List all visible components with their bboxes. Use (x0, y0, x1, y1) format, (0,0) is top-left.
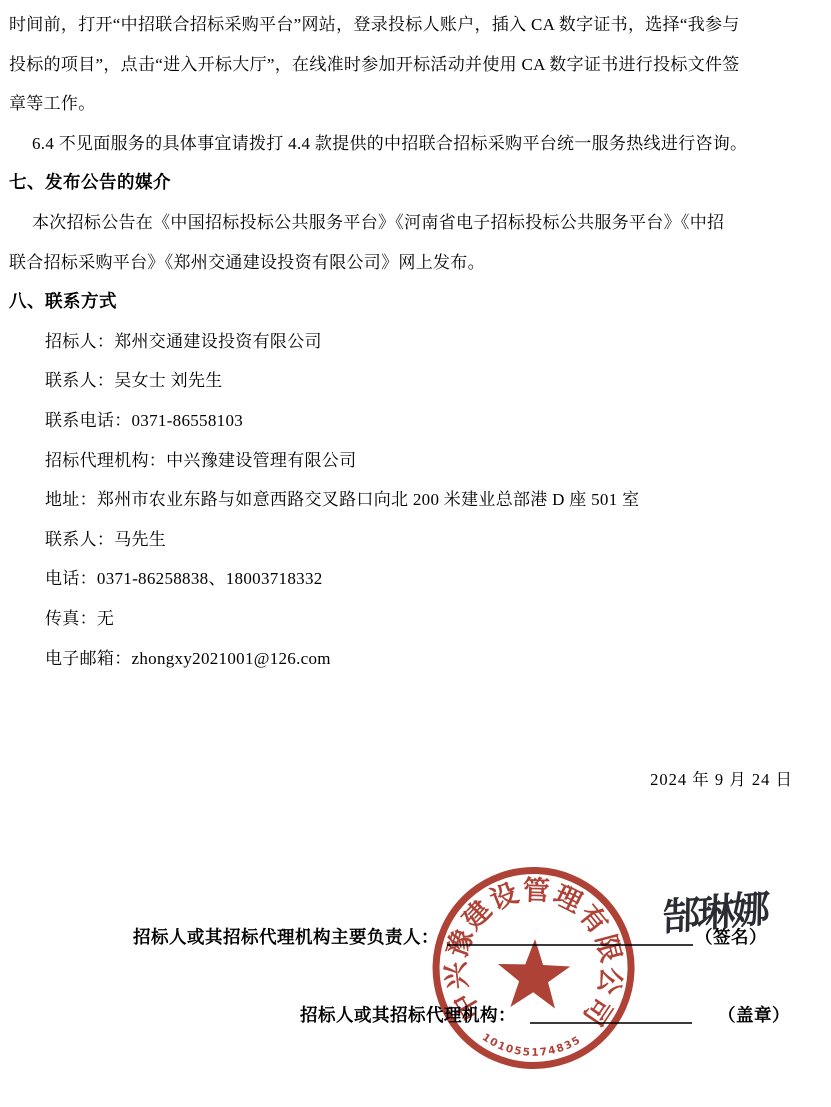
official-stamp-svg: 中兴豫建设管理有限公司 101055174835 (425, 861, 641, 1077)
contact-agency: 招标代理机构：中兴豫建设管理有限公司 (9, 441, 817, 481)
svg-text:5: 5 (513, 1045, 522, 1058)
contact-person-2: 联系人：马先生 (9, 520, 817, 560)
contact-phone-1: 联系电话：0371-86558103 (9, 401, 817, 441)
svg-text:公: 公 (593, 965, 627, 997)
contact-phone-2: 电话：0371-86258838、18003718332 (9, 559, 817, 599)
svg-text:限: 限 (590, 931, 626, 965)
contact-address: 地址：郑州市农业东路与如意西路交叉路口向北 200 米建业总部港 D 座 501… (9, 480, 817, 520)
contact-person-1: 联系人：吴女士 刘先生 (9, 361, 817, 401)
document-body: 时间前，打开“中招联合招标采购平台”网站，登录投标人账户，插入 CA 数字证书，… (9, 5, 817, 678)
section-heading-contact: 八、联系方式 (9, 282, 817, 322)
svg-text:5: 5 (522, 1046, 530, 1059)
contact-tenderer: 招标人：郑州交通建设投资有限公司 (9, 322, 817, 362)
svg-text:管: 管 (522, 874, 550, 906)
document-page: 时间前，打开“中招联合招标采购平台”网站，登录投标人账户，插入 CA 数字证书，… (0, 0, 831, 1107)
svg-text:兴: 兴 (440, 960, 473, 991)
document-line: 本次招标公告在《中国招标投标公共服务平台》《河南省电子招标投标公共服务平台》《中… (9, 203, 817, 243)
stamp-star-icon (497, 938, 572, 1009)
handwritten-signature: 郜琳娜 (662, 886, 812, 937)
document-line: 章等工作。 (9, 84, 817, 124)
document-line: 时间前，打开“中招联合招标采购平台”网站，登录投标人账户，插入 CA 数字证书，… (9, 5, 817, 45)
document-line: 6.4 不见面服务的具体事宜请拨打 4.4 款提供的中招联合招标采购平台统一服务… (9, 124, 817, 164)
document-line: 联合招标采购平台》《郑州交通建设投资有限公司》网上发布。 (9, 243, 817, 283)
signature-suffix-seal: （盖章） (718, 1005, 790, 1025)
section-heading-media: 七、发布公告的媒介 (9, 163, 817, 203)
signature-label-responsible: 招标人或其招标代理机构主要负责人： (133, 927, 439, 947)
svg-text:7: 7 (539, 1046, 548, 1059)
document-date: 2024 年 9 月 24 日 (650, 766, 793, 790)
official-stamp: 中兴豫建设管理有限公司 101055174835 (425, 861, 641, 1077)
svg-text:1: 1 (531, 1047, 539, 1059)
document-line: 投标的项目”，点击“进入开标大厅”，在线准时参加开标活动并使用 CA 数字证书进… (9, 45, 817, 85)
contact-fax: 传真：无 (9, 599, 817, 639)
contact-email: 电子邮箱：zhongxy2021001@126.com (9, 639, 817, 679)
